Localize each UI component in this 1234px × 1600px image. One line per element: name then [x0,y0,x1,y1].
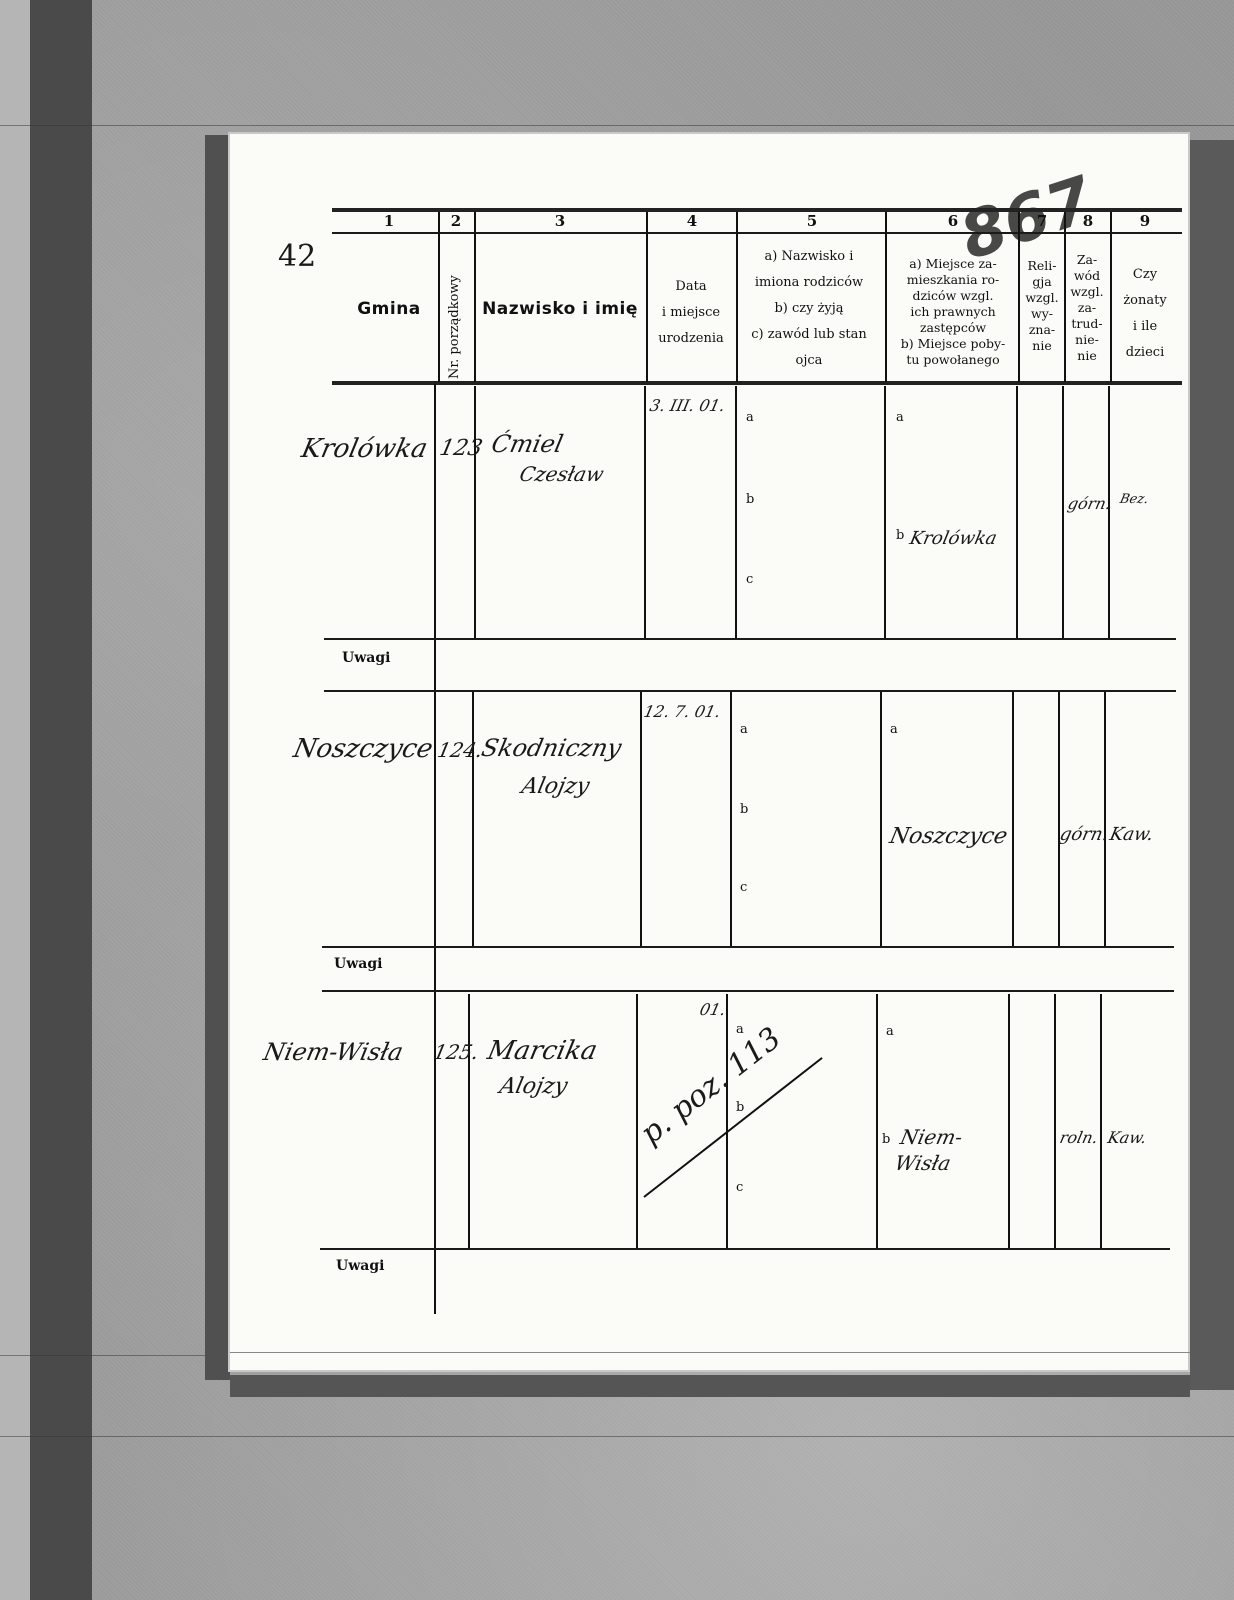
header-line: urodzenia [646,326,736,352]
birth-date-value: 3. III. 01. [648,396,727,415]
header-line: gja [1020,274,1064,290]
column-number-8: 8 [1064,212,1112,230]
surname-value: Marcika [485,1036,600,1066]
header-line: trud- [1064,316,1110,332]
label-a: a [740,722,748,737]
header-line: a) Nazwisko i [730,244,888,270]
label-c: c [746,572,753,587]
column-number-9: 9 [1112,212,1178,230]
scan-line [0,125,1234,126]
row-divider [726,994,728,1249]
label-b: b [740,802,748,817]
surname-value: Skodniczny [479,734,624,762]
header-line: dziców wzgl. [886,288,1020,304]
residence-b-value: Niem-Wisła [892,1124,993,1176]
row-divider [880,692,882,947]
header-line: c) zawód lub stan [730,322,888,348]
label-b: b [736,1100,744,1115]
gmina-value: Krolówka [299,434,430,464]
scan-line [0,1436,1234,1437]
column-header-residence: a) Miejsce za- mieszkania ro- dziców wzg… [886,256,1020,368]
header-line: zastępców [886,320,1020,336]
cross-reference-note: p. poz. 113 [634,1021,788,1152]
column-number-5: 5 [738,212,886,230]
column-header-parents: a) Nazwisko i imiona rodziców b) czy żyj… [730,244,888,374]
page-edge-shadow [205,135,230,1380]
header-line: dzieci [1112,340,1178,366]
header-line: nie- [1064,332,1110,348]
nr-value: 125. [431,1040,481,1064]
label-a: a [886,1024,894,1039]
column-number-2: 2 [438,212,474,230]
remarks-label: Uwagi [336,1258,384,1274]
remarks-label: Uwagi [342,650,390,666]
residence-b-value: Krolówka [908,528,999,549]
row-divider [1054,994,1056,1249]
surname-value: Ćmiel [489,430,566,458]
header-line: imiona rodziców [730,270,888,296]
row-divider [876,994,878,1249]
gmina-value: Noszczyce [291,734,436,764]
label-a: a [896,410,904,425]
married-value: Kaw. [1106,1128,1148,1147]
register-page: 42 867 1 2 3 4 5 6 7 8 9 Gmina Nr. porzą… [228,132,1190,1372]
header-line: b) czy żyją [730,296,888,322]
header-line: żonaty [1112,288,1178,314]
label-b: b [746,492,754,507]
header-line: Czy [1112,262,1178,288]
scan-margin [0,0,30,1600]
row-divider [472,692,474,947]
label-c: c [740,880,747,895]
header-bottom-rule [332,381,1182,385]
column-number-1: 1 [340,212,438,230]
label-b: b [896,528,904,543]
row-divider [644,386,646,639]
row-divider [1012,692,1014,947]
header-line: Za- [1064,252,1110,268]
page-number: 42 [278,239,316,274]
row-divider [1016,386,1018,639]
nr-value: 123 [437,436,484,461]
label-a: a [890,722,898,737]
header-line: za- [1064,300,1110,316]
page-lower-rule [230,1352,1190,1353]
occupation-value: górn. [1058,824,1111,845]
header-line: mieszkania ro- [886,272,1020,288]
row-divider [1100,994,1102,1249]
page-edge-shadow [230,1375,1190,1397]
column-header-gmina: Gmina [340,300,438,319]
header-line: ojca [730,348,888,374]
header-line: a) Miejsce za- [886,256,1020,272]
column-number-3: 3 [474,212,646,230]
header-line: Reli- [1020,258,1064,274]
given-name-value: Alojzy [497,1074,569,1099]
header-line: wzgl. [1064,284,1110,300]
remarks-label: Uwagi [334,956,382,972]
row-divider [884,386,886,639]
entry-bottom-rule [322,946,1174,948]
entry-bottom-rule [324,638,1176,640]
page-edge-shadow [1190,140,1234,1390]
given-name-value: Czesław [517,462,606,486]
married-value: Bez. [1118,492,1149,507]
row-divider [1058,692,1060,947]
residence-b-value: Noszczyce [887,824,1009,849]
nr-value: 124. [435,738,485,762]
row-divider [468,994,470,1249]
header-line: wy- [1020,306,1064,322]
married-value: Kaw. [1108,824,1156,845]
header-line: nie [1064,348,1110,364]
header-line: nie [1020,338,1064,354]
column-header-nr: Nr. porządkowy [447,275,462,379]
given-name-value: Alojzy [519,774,591,799]
column-header-occupation: Za- wód wzgl. za- trud- nie- nie [1064,252,1110,364]
gmina-value: Niem-Wisła [261,1038,406,1066]
occupation-value: górn. [1066,494,1113,513]
column-number-6: 6 [886,212,1020,230]
header-line: wód [1064,268,1110,284]
column-header-birth: Data i miejsce urodzenia [646,274,736,352]
column-header-name: Nazwisko i imię [474,300,646,319]
row-divider [640,692,642,947]
row-divider [1062,386,1064,639]
header-line: tu powołanego [886,352,1020,368]
header-divider [474,212,476,382]
header-line: wzgl. [1020,290,1064,306]
header-line: i ile [1112,314,1178,340]
remarks-bottom-rule [322,990,1174,992]
column-number-7: 7 [1020,212,1064,230]
row-divider [1008,994,1010,1249]
row-divider [1104,692,1106,947]
column-header-religion: Reli- gja wzgl. wy- zna- nie [1020,258,1064,354]
label-a: a [736,1022,744,1037]
birth-date-value: 01. [698,1000,727,1019]
row-divider [735,386,737,639]
column-header-nr-text: Nr. porządkowy [447,275,462,379]
row-divider [474,386,476,639]
row-divider [730,692,732,947]
label-b: b [882,1132,890,1147]
occupation-value: roln. [1058,1128,1100,1147]
table-spine [434,384,436,1314]
header-line: zna- [1020,322,1064,338]
column-number-rule [332,232,1182,234]
entry-bottom-rule [320,1248,1170,1250]
header-line: i miejsce [646,300,736,326]
column-number-4: 4 [646,212,738,230]
book-binding-shadow [30,0,92,1600]
label-a: a [746,410,754,425]
header-line: Data [646,274,736,300]
birth-date-value: 12. 7. 01. [642,702,722,721]
column-header-married: Czy żonaty i ile dzieci [1112,262,1178,366]
header-divider [438,212,440,382]
header-line: b) Miejsce poby- [886,336,1020,352]
header-line: ich prawnych [886,304,1020,320]
remarks-bottom-rule [324,690,1176,692]
label-c: c [736,1180,743,1195]
